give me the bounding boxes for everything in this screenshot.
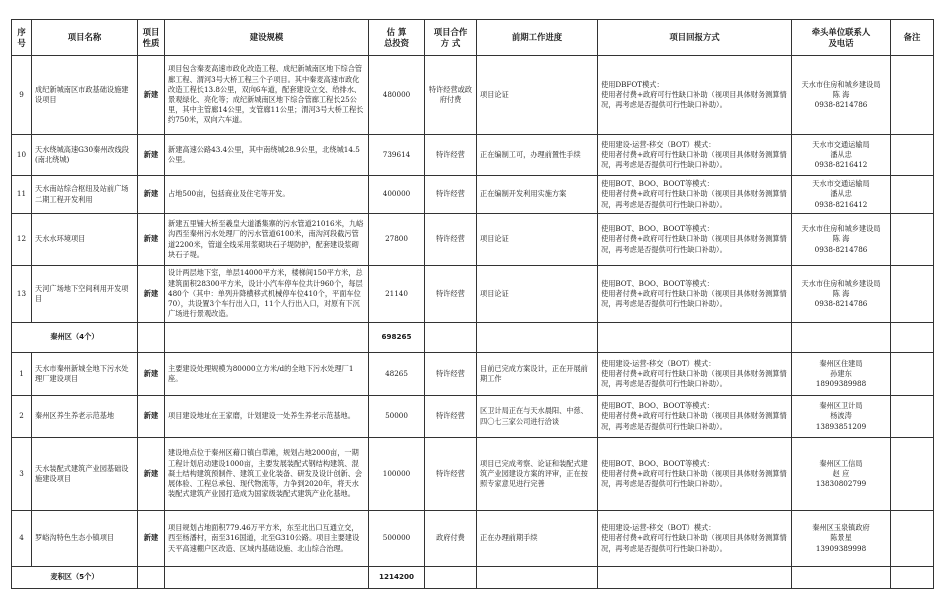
cell-contact: 天水市交通运输局 潘从忠 0938-8216412: [792, 135, 891, 176]
cell-seq: 11: [12, 176, 32, 214]
cell-scale: 新建高速公路43.4公里，其中南绕城28.9公里，北绕城14.5公里。: [165, 135, 369, 176]
subtotal-row-qinzhou: 秦州区（4个） 698265: [12, 323, 934, 353]
cell-return: 使用BOT、BOO、BOOT等模式： 使用者付费+政府可行性缺口补助（视项目具体…: [598, 396, 792, 438]
cell-cooperation: 特许经营: [425, 135, 477, 176]
cell-nature: 新建: [138, 353, 165, 396]
cell-cooperation: 特许经营: [425, 176, 477, 214]
cell-progress: 正在编制工可，办理前置性手续: [477, 135, 598, 176]
cell-cooperation: 特许经营: [425, 266, 477, 323]
cell-nature: 新建: [138, 56, 165, 135]
cell-progress: 项目论证: [477, 214, 598, 266]
cell-remarks: [891, 56, 934, 135]
cell-cooperation: 特许经营: [425, 353, 477, 396]
cell-scale: 建设地点位于秦州区藉口镇白草滩，规划占地2000亩，一期工程计划启动建设1000…: [165, 438, 369, 511]
header-return: 项目回报方式: [598, 20, 792, 56]
table-row: 4 罗峪沟特色生态小镇项目 新建 项目规划占地面积779.46万平方米，东至北出…: [12, 511, 934, 567]
cell-empty: [598, 323, 792, 353]
cell-investment: 480000: [369, 56, 425, 135]
cell-empty: [792, 567, 891, 589]
cell-remarks: [891, 511, 934, 567]
table-row: 9 成纪新城南区市政基础设施建设项目 新建 项目包含秦麦高速市政化改造工程、成纪…: [12, 56, 934, 135]
cell-cooperation: 政府付费: [425, 511, 477, 567]
header-scale: 建设规模: [165, 20, 369, 56]
cell-investment: 100000: [369, 438, 425, 511]
cell-investment: 27800: [369, 214, 425, 266]
cell-seq: 9: [12, 56, 32, 135]
cell-name: 天水装配式建筑产业园基础设施建设项目: [32, 438, 138, 511]
header-contact: 牵头单位联系人 及电话: [792, 20, 891, 56]
cell-empty: [598, 567, 792, 589]
cell-return: 使用建设-运营-移交（BOT）模式： 使用者付费+政府可行性缺口补助（视项目具体…: [598, 353, 792, 396]
cell-name: 天水水环境项目: [32, 214, 138, 266]
cell-nature: 新建: [138, 214, 165, 266]
cell-scale: 项目建设地址在王家磨，计划建设一处养生养老示范基地。: [165, 396, 369, 438]
header-nature: 项目 性质: [138, 20, 165, 56]
cell-seq: 2: [12, 396, 32, 438]
cell-cooperation: 特许经营: [425, 438, 477, 511]
cell-progress: 项目论证: [477, 56, 598, 135]
cell-nature: 新建: [138, 135, 165, 176]
cell-seq: 4: [12, 511, 32, 567]
cell-seq: 13: [12, 266, 32, 323]
cell-cooperation: 特许经营: [425, 214, 477, 266]
subtotal-label: 麦积区（5个）: [12, 567, 138, 589]
subtotal-label: 秦州区（4个）: [12, 323, 138, 353]
cell-scale: 项目规划占地面积779.46万平方米，东至北出口互通立交，西至杨潘村，南至316…: [165, 511, 369, 567]
cell-empty: [138, 567, 165, 589]
cell-contact: 天水市住房和城乡建设局 陈 海 0938-8214786: [792, 266, 891, 323]
cell-empty: [792, 323, 891, 353]
subtotal-investment: 698265: [369, 323, 425, 353]
cell-nature: 新建: [138, 438, 165, 511]
cell-nature: 新建: [138, 511, 165, 567]
cell-name: 罗峪沟特色生态小镇项目: [32, 511, 138, 567]
cell-progress: 项目已完成考察、论证和装配式建筑产业园建设方案的评审，正在按照专家意见进行完善: [477, 438, 598, 511]
header-progress: 前期工作进度: [477, 20, 598, 56]
cell-contact: 天水市交通运输局 潘从忠 0938-8216412: [792, 176, 891, 214]
cell-cooperation: 特许经营或政府付费: [425, 56, 477, 135]
header-seq: 序 号: [12, 20, 32, 56]
table-row: 13 天河广场地下空间利用开发项目 新建 设计两层地下室，单层14000平方米，…: [12, 266, 934, 323]
cell-progress: 区卫计局正在与天水晨阳、中慈、四〇七三家公司进行洽谈: [477, 396, 598, 438]
cell-contact: 秦州区工信局 赵 应 13830802799: [792, 438, 891, 511]
cell-empty: [425, 567, 477, 589]
cell-name: 天水市秦州新城全地下污水处理厂建设项目: [32, 353, 138, 396]
cell-progress: 正在编制开发利用实施方案: [477, 176, 598, 214]
cell-remarks: [891, 266, 934, 323]
cell-contact: 天水市住房和城乡建设局 陈 海 0938-8214786: [792, 214, 891, 266]
cell-investment: 50000: [369, 396, 425, 438]
cell-empty: [425, 323, 477, 353]
cell-remarks: [891, 353, 934, 396]
cell-name: 天河广场地下空间利用开发项目: [32, 266, 138, 323]
cell-return: 使用DBFOT模式： 使用者付费+政府可行性缺口补助（视项目具体财务测算情况，再…: [598, 56, 792, 135]
cell-return: 使用BOT、BOO、BOOT等模式： 使用者付费+政府可行性缺口补助（视项目具体…: [598, 438, 792, 511]
cell-investment: 739614: [369, 135, 425, 176]
cell-contact: 秦州区玉泉镇政府 陈景星 13909389998: [792, 511, 891, 567]
table-row: 10 天水绕城高速G30秦州改线段(南北绕城) 新建 新建高速公路43.4公里，…: [12, 135, 934, 176]
cell-remarks: [891, 176, 934, 214]
cell-remarks: [891, 438, 934, 511]
cell-nature: 新建: [138, 396, 165, 438]
project-table: 序 号 项目名称 项目 性质 建设规模 估 算 总投资 项目合作 方 式 前期工…: [11, 19, 934, 589]
cell-scale: 占地500亩，包括商业及住宅等开发。: [165, 176, 369, 214]
subtotal-row-maiji: 麦积区（5个） 1214200: [12, 567, 934, 589]
cell-scale: 主要建设处理规模为80000立方米/d的全地下污水处理厂1座。: [165, 353, 369, 396]
table-row: 12 天水水环境项目 新建 新建五里铺大桥至羲皇大道潘集寨的污水管道21016米…: [12, 214, 934, 266]
cell-name: 天水绕城高速G30秦州改线段(南北绕城): [32, 135, 138, 176]
cell-nature: 新建: [138, 176, 165, 214]
header-cooperation: 项目合作 方 式: [425, 20, 477, 56]
cell-return: 使用建设-运营-移交（BOT）模式： 使用者付费+政府可行性缺口补助（视项目具体…: [598, 511, 792, 567]
cell-scale: 项目包含秦麦高速市政化改造工程、成纪新城南区地下综合管廊工程、渭河3号大桥工程三…: [165, 56, 369, 135]
cell-investment: 48265: [369, 353, 425, 396]
cell-return: 使用BOT、BOO、BOOT等模式： 使用者付费+政府可行性缺口补助（视项目具体…: [598, 176, 792, 214]
cell-cooperation: 特许经营: [425, 396, 477, 438]
cell-remarks: [891, 214, 934, 266]
cell-investment: 400000: [369, 176, 425, 214]
cell-name: 成纪新城南区市政基础设施建设项目: [32, 56, 138, 135]
cell-name: 秦州区养生养老示范基地: [32, 396, 138, 438]
cell-empty: [477, 567, 598, 589]
cell-contact: 秦州区卫计局 杨波涛 13893851209: [792, 396, 891, 438]
cell-name: 天水南站综合枢纽及站前广场二期工程开发利用: [32, 176, 138, 214]
cell-empty: [891, 323, 934, 353]
cell-empty: [477, 323, 598, 353]
cell-return: 使用BOT、BOO、BOOT等模式： 使用者付费+政府可行性缺口补助（视项目具体…: [598, 266, 792, 323]
cell-progress: 目前已完成方案设计，正在开展前期工作: [477, 353, 598, 396]
cell-remarks: [891, 396, 934, 438]
cell-seq: 10: [12, 135, 32, 176]
cell-seq: 1: [12, 353, 32, 396]
subtotal-investment: 1214200: [369, 567, 425, 589]
cell-nature: 新建: [138, 266, 165, 323]
cell-empty: [138, 323, 165, 353]
table-row: 1 天水市秦州新城全地下污水处理厂建设项目 新建 主要建设处理规模为80000立…: [12, 353, 934, 396]
cell-empty: [891, 567, 934, 589]
cell-remarks: [891, 135, 934, 176]
table-row: 11 天水南站综合枢纽及站前广场二期工程开发利用 新建 占地500亩，包括商业及…: [12, 176, 934, 214]
cell-empty: [165, 323, 369, 353]
table-row: 3 天水装配式建筑产业园基础设施建设项目 新建 建设地点位于秦州区藉口镇白草滩，…: [12, 438, 934, 511]
cell-contact: 天水市住房和城乡建设局 陈 海 0938-8214786: [792, 56, 891, 135]
cell-return: 使用BOT、BOO、BOOT等模式： 使用者付费+政府可行性缺口补助（视项目具体…: [598, 214, 792, 266]
cell-contact: 秦州区住建局 孙建东 18909389988: [792, 353, 891, 396]
cell-investment: 500000: [369, 511, 425, 567]
header-investment: 估 算 总投资: [369, 20, 425, 56]
cell-seq: 12: [12, 214, 32, 266]
cell-scale: 设计两层地下室，单层14000平方米，楼梯间150平方米，总建筑面积28300平…: [165, 266, 369, 323]
cell-seq: 3: [12, 438, 32, 511]
cell-return: 使用建设-运营-移交（BOT）模式： 使用者付费+政府可行性缺口补助（视项目具体…: [598, 135, 792, 176]
header-row: 序 号 项目名称 项目 性质 建设规模 估 算 总投资 项目合作 方 式 前期工…: [12, 20, 934, 56]
cell-scale: 新建五里铺大桥至羲皇大道潘集寨的污水管道21016米，九峪沟西至秦州污水处理厂的…: [165, 214, 369, 266]
cell-investment: 21140: [369, 266, 425, 323]
table-row: 2 秦州区养生养老示范基地 新建 项目建设地址在王家磨，计划建设一处养生养老示范…: [12, 396, 934, 438]
header-name: 项目名称: [32, 20, 138, 56]
cell-empty: [165, 567, 369, 589]
header-remarks: 备注: [891, 20, 934, 56]
cell-progress: 正在办理前期手续: [477, 511, 598, 567]
cell-progress: 项目论证: [477, 266, 598, 323]
